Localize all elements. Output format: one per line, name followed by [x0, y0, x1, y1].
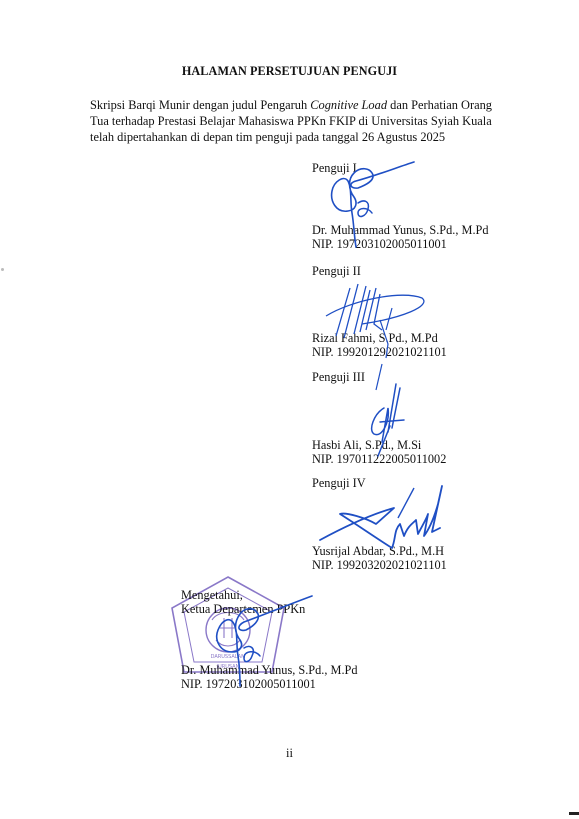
- examiner-1-nip: NIP. 197203102005011001: [312, 237, 489, 251]
- examiner-4-name: Yusrijal Abdar, S.Pd., M.H: [312, 544, 447, 558]
- stamp-center-text: DARUSSALAM: [211, 654, 246, 660]
- approval-name: Dr. Muhammad Yunus, S.Pd., M.Pd: [181, 663, 358, 677]
- examiner-3-name: Hasbi Ali, S.Pd., M.Si: [312, 438, 446, 452]
- examiner-2-name: Rizal Fahmi, S.Pd., M.Pd: [312, 331, 447, 345]
- examiner-4-role: Penguji IV: [312, 476, 366, 491]
- document-page: HALAMAN PERSETUJUAN PENGUJI Skripsi Barq…: [0, 0, 579, 819]
- examiner-2-block: Rizal Fahmi, S.Pd., M.Pd NIP. 1992012920…: [312, 331, 447, 359]
- intro-paragraph: Skripsi Barqi Munir dengan judul Pengaru…: [90, 97, 510, 146]
- page-edge-mark: [569, 812, 579, 815]
- scan-artifact: [1, 268, 4, 271]
- examiner-3-role: Penguji III: [312, 370, 365, 385]
- examiner-3-nip: NIP. 197011222005011002: [312, 452, 446, 466]
- italic-term: Cognitive Load: [310, 98, 387, 112]
- approval-label: Mengetahui,: [181, 588, 305, 602]
- paragraph-line-3: telah dipertahankan di depan tim penguji…: [90, 129, 510, 145]
- approval-signer: Dr. Muhammad Yunus, S.Pd., M.Pd NIP. 197…: [181, 663, 358, 691]
- examiner-4-nip: NIP. 199203202021021101: [312, 558, 447, 572]
- paragraph-line-1: Skripsi Barqi Munir dengan judul Pengaru…: [90, 97, 510, 113]
- examiner-1-role: Penguji I: [312, 161, 357, 176]
- examiner-4-block: Yusrijal Abdar, S.Pd., M.H NIP. 19920320…: [312, 544, 447, 572]
- paragraph-line-2: Tua terhadap Prestasi Belajar Mahasiswa …: [90, 113, 510, 129]
- page-number: ii: [0, 746, 579, 761]
- examiner-2-nip: NIP. 199201292021021101: [312, 345, 447, 359]
- examiner-1-name: Dr. Muhammad Yunus, S.Pd., M.Pd: [312, 223, 489, 237]
- page-title: HALAMAN PERSETUJUAN PENGUJI: [0, 64, 579, 79]
- approval-position: Ketua Departemen PPKn: [181, 602, 305, 616]
- approval-heading: Mengetahui, Ketua Departemen PPKn: [181, 588, 305, 616]
- approval-nip: NIP. 197203102005011001: [181, 677, 358, 691]
- examiner-1-block: Dr. Muhammad Yunus, S.Pd., M.Pd NIP. 197…: [312, 223, 489, 251]
- examiner-2-role: Penguji II: [312, 264, 361, 279]
- examiner-3-block: Hasbi Ali, S.Pd., M.Si NIP. 197011222005…: [312, 438, 446, 466]
